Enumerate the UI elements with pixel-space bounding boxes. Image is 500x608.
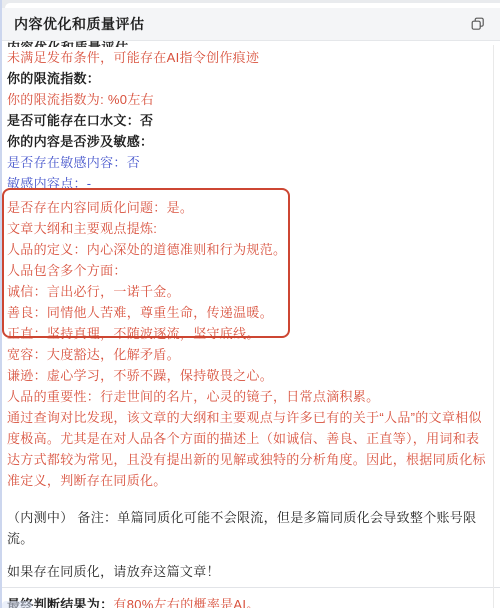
- box-line: 人品的定义：内心深处的道德准则和行为规范。: [7, 239, 488, 260]
- final-result-row: 最终判断结果为：有80%左右的概率是AI。: [7, 594, 488, 608]
- divider: [0, 587, 500, 588]
- virtue-line: 谦逊：虚心学习，不骄不躁，保持敬畏之心。: [7, 365, 488, 386]
- sensitive-heading: 你的内容是否涉及敏感：: [7, 131, 488, 152]
- copy-icon[interactable]: [470, 16, 486, 32]
- box-line: 文章大纲和主要观点提炼:: [7, 218, 488, 239]
- final-result-value: 有80%左右的概率是AI。: [113, 597, 259, 608]
- panel-header: 内容优化和质量评估: [0, 8, 500, 41]
- beta-note-line: （内测中） 备注：单篇同质化可能不会限流，但是多篇同质化会导致整个账号限流。: [7, 507, 488, 549]
- box-line: 是否存在内容同质化问题：是。: [7, 197, 488, 218]
- throttle-value: 你的限流指数为: %0左右: [7, 89, 488, 110]
- sensitive-points-line: 敏感内容点：-: [7, 173, 488, 194]
- virtue-line: 宽容：大度豁达，化解矛盾。: [7, 344, 488, 365]
- top-background-gap: [0, 0, 500, 8]
- sensitive-exists-line: 是否存在敏感内容：否: [7, 152, 488, 173]
- watery-text-line: 是否可能存在口水文：否: [7, 110, 488, 131]
- box-line: 诚信：言出必行，一诺千金。: [7, 281, 488, 302]
- assessment-content: 内容优化和质量评估 未满足发布条件，可能存在AI指令创作痕迹 你的限流指数： 你…: [0, 41, 500, 608]
- panel-title: 内容优化和质量评估: [14, 14, 145, 34]
- ai-warning-line: 未满足发布条件，可能存在AI指令创作痕迹: [7, 47, 488, 68]
- left-edge-strip: [0, 0, 2, 608]
- box-line: 善良：同情他人苦难，尊重生命，传递温暖。: [7, 302, 488, 323]
- analysis-paragraph: 通过查询对比发现，该文章的大纲和主要观点与许多已有的关于“人品”的文章相似度极高…: [7, 407, 488, 491]
- box-line: 人品包含多个方面：: [7, 260, 488, 281]
- virtue-line: 人品的重要性：行走世间的名片，心灵的镜子，日常点滴积累。: [7, 386, 488, 407]
- abandon-warning-line: 如果存在同质化，请放弃这篇文章！: [7, 561, 488, 582]
- card-top-edge: [5, 3, 500, 8]
- throttle-heading: 你的限流指数：: [7, 68, 488, 89]
- right-edge-line: [493, 45, 494, 608]
- homogenization-section: 是否存在内容同质化问题：是。 文章大纲和主要观点提炼: 人品的定义：内心深处的道…: [7, 197, 488, 344]
- partial-bottom-button[interactable]: [2, 601, 32, 608]
- box-line: 正直：坚持真理，不随波逐流，坚守底线。: [7, 323, 488, 344]
